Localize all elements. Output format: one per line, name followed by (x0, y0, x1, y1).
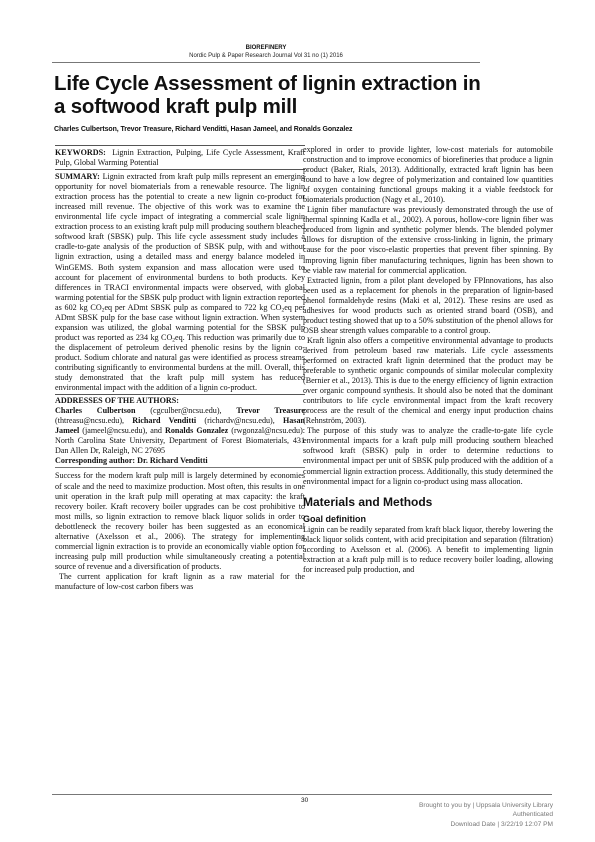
addresses-top-rule (55, 394, 305, 395)
keywords-label: KEYWORDS: (55, 148, 106, 157)
section-heading: Materials and Methods (303, 495, 553, 509)
body-paragraph: Success for the modern kraft pulp mill i… (55, 471, 305, 571)
article-title: Life Cycle Assessment of lignin extracti… (54, 72, 484, 118)
author-email: (rwgonzal@ncsu.edu): (231, 426, 305, 435)
author-name: Richard Venditti (132, 416, 196, 425)
summary-block: SUMMARY: Lignin extracted from kraft pul… (55, 172, 305, 393)
corresponding-author: Corresponding author: Dr. Richard Vendit… (55, 456, 208, 465)
affiliation: North Carolina State University, Departm… (55, 436, 305, 455)
right-column: explored in order to provide lighter, lo… (303, 145, 553, 575)
keywords-block: KEYWORDS: Lignin Extraction, Pulping, Li… (55, 148, 305, 168)
body-paragraph: explored in order to provide lighter, lo… (303, 145, 553, 205)
download-line: Download Date | 3/22/19 12:07 PM (419, 820, 553, 829)
author-email: (jameel@ncsu.edu), (82, 426, 147, 435)
page-number: 30 (301, 797, 308, 804)
body-paragraph: Lignin fiber manufacture was previously … (303, 205, 553, 275)
author-name: Ronalds Gonzalez (165, 426, 228, 435)
summary-top-rule (55, 169, 305, 170)
addresses-label: ADDRESSES OF THE AUTHORS: (55, 396, 179, 405)
body-paragraph: Kraft lignin also offers a competitive e… (303, 336, 553, 426)
journal-citation: Nordic Pulp & Paper Research Journal Vol… (52, 52, 480, 60)
keywords-top-rule (55, 145, 305, 146)
footer-rule (52, 794, 552, 795)
body-paragraph: Lignin can be readily separated from kra… (303, 525, 553, 575)
running-header: BIOREFINERY Nordic Pulp & Paper Research… (52, 44, 480, 60)
left-column: KEYWORDS: Lignin Extraction, Pulping, Li… (55, 145, 305, 592)
summary-label: SUMMARY: (55, 172, 100, 181)
author-email: (richardv@ncsu.edu), (204, 416, 274, 425)
subsection-heading: Goal definition (303, 514, 553, 525)
author-name: Trevor Treasure (236, 406, 305, 415)
download-line: Brought to you by | Uppsala University L… (419, 801, 553, 810)
author-list: Charles Culbertson, Trevor Treasure, Ric… (54, 126, 352, 133)
author-name: Charles Culbertson (55, 406, 135, 415)
body-paragraph: The current application for kraft lignin… (55, 572, 305, 592)
download-watermark: Brought to you by | Uppsala University L… (419, 801, 553, 829)
summary-text-2: eq per ADmt SBSK pulp as compared to 722… (104, 303, 281, 312)
header-rule (52, 62, 480, 63)
download-line: Authenticated (419, 810, 553, 819)
author-email: (cgculber@ncsu.edu), (150, 406, 221, 415)
body-paragraph: The purpose of this study was to analyze… (303, 426, 553, 486)
summary-text-1: Lignin extracted from kraft pulp mills r… (55, 172, 305, 312)
body-paragraph: Extracted lignin, from a pilot plant dev… (303, 276, 553, 336)
author-email: (thtreasu@ncsu.edu), (55, 416, 124, 425)
addresses-block: ADDRESSES OF THE AUTHORS: Charles Culber… (55, 396, 305, 466)
section-tag: BIOREFINERY (52, 44, 480, 52)
